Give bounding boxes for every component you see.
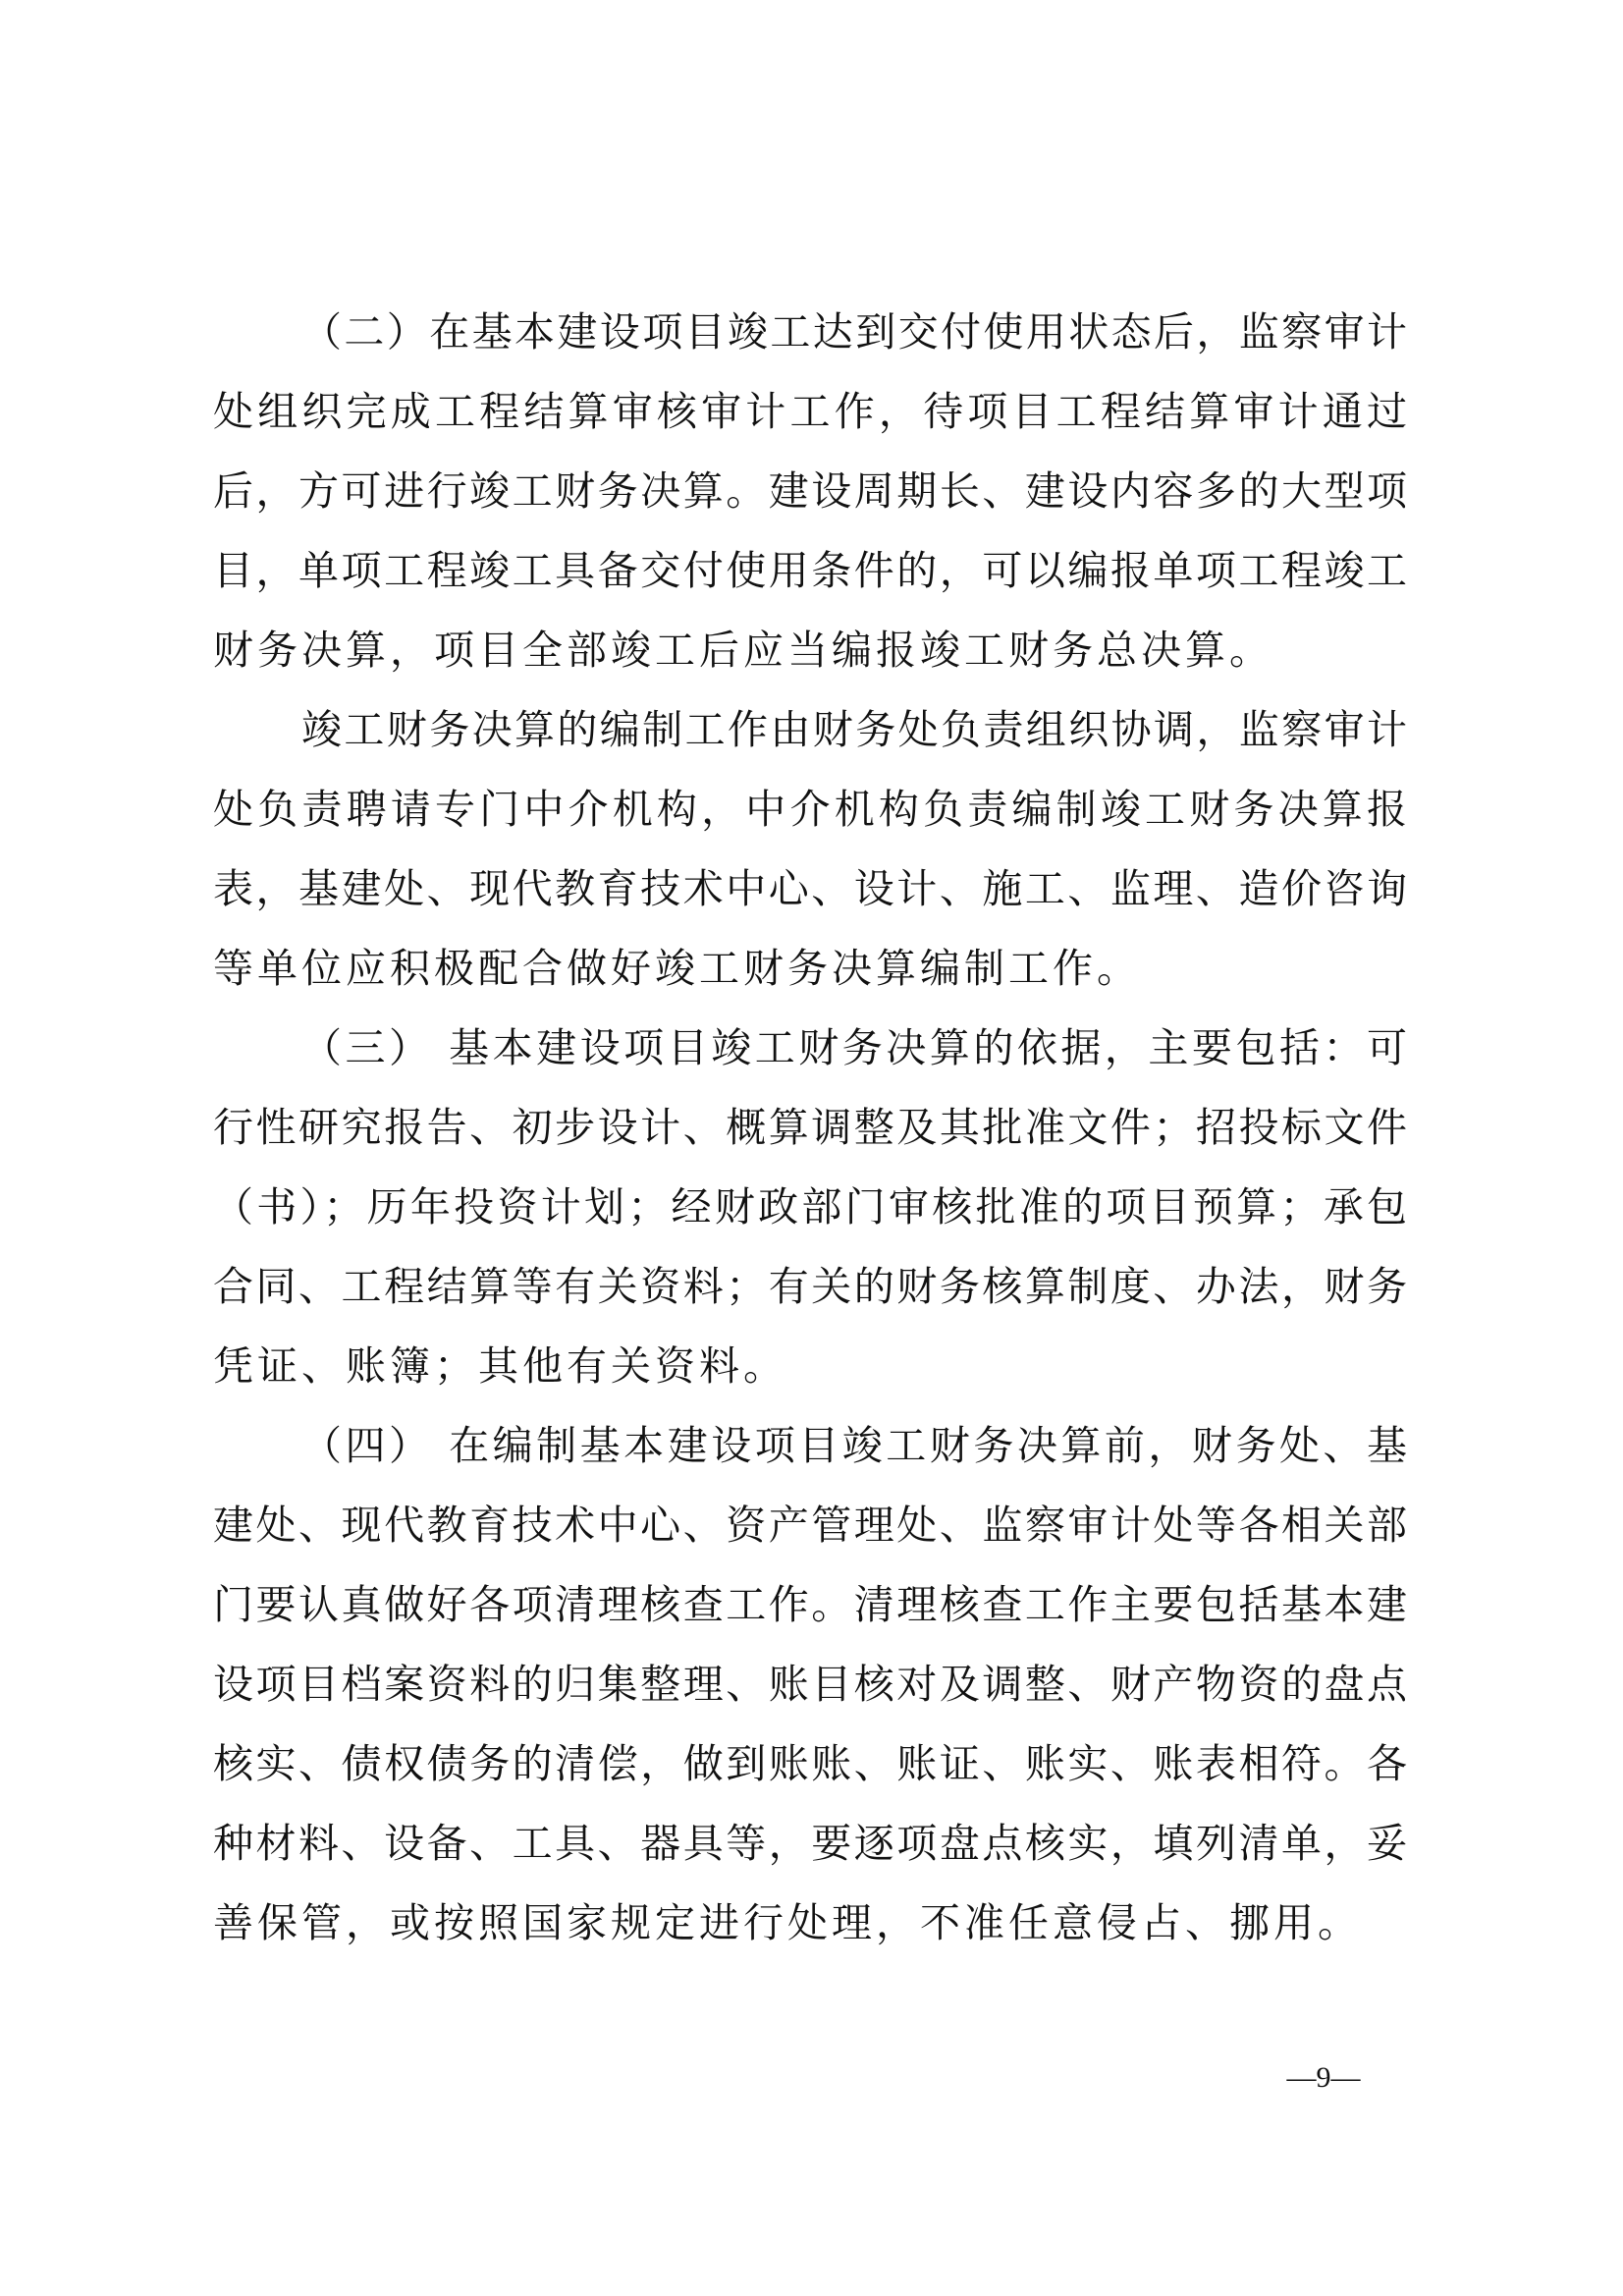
text-line: 处组织完成工程结算审核审计工作，待项目工程结算审计通过 xyxy=(213,372,1407,452)
document-page: （二）在基本建设项目竣工达到交付使用状态后，监察审计 处组织完成工程结算审核审计… xyxy=(0,0,1623,2296)
paragraph-2-compilation-responsibility: 竣工财务决算的编制工作由财务处负责组织协调，监察审计 处负责聘请专门中介机构，中… xyxy=(213,690,1407,1009)
text-line: 核实、债权债务的清偿，做到账账、账证、账实、账表相符。各 xyxy=(213,1724,1407,1804)
text-line: 建处、现代教育技术中心、资产管理处、监察审计处等各相关部 xyxy=(213,1486,1407,1565)
text-line: 后，方可进行竣工财务决算。建设周期长、建设内容多的大型项 xyxy=(213,452,1407,531)
text-line: 设项目档案资料的归集整理、账目核对及调整、财产物资的盘点 xyxy=(213,1645,1407,1724)
text-line: 行性研究报告、初步设计、概算调整及其批准文件；招投标文件 xyxy=(213,1088,1407,1168)
text-line: 表，基建处、现代教育技术中心、设计、施工、监理、造价咨询 xyxy=(213,849,1407,929)
text-line: 等单位应积极配合做好竣工财务决算编制工作。 xyxy=(213,929,1407,1009)
page-number: —9— xyxy=(1272,2058,1375,2098)
paragraph-2-settlement-audit: （二）在基本建设项目竣工达到交付使用状态后，监察审计 处组织完成工程结算审核审计… xyxy=(213,293,1407,690)
text-line: （二）在基本建设项目竣工达到交付使用状态后，监察审计 xyxy=(213,293,1407,372)
text-line: 处负责聘请专门中介机构，中介机构负责编制竣工财务决算报 xyxy=(213,770,1407,849)
text-line: 凭证、账簿；其他有关资料。 xyxy=(213,1327,1407,1406)
paragraph-4-inventory-check: （四） 在编制基本建设项目竣工财务决算前，财务处、基 建处、现代教育技术中心、资… xyxy=(213,1406,1407,1963)
paragraph-3-basis: （三） 基本建设项目竣工财务决算的依据，主要包括：可 行性研究报告、初步设计、概… xyxy=(213,1009,1407,1406)
text-line: 目，单项工程竣工具备交付使用条件的，可以编报单项工程竣工 xyxy=(213,531,1407,611)
text-line: （书）；历年投资计划；经财政部门审核批准的项目预算；承包 xyxy=(213,1168,1407,1247)
text-line: 合同、工程结算等有关资料；有关的财务核算制度、办法，财务 xyxy=(213,1247,1407,1327)
text-line: 财务决算，项目全部竣工后应当编报竣工财务总决算。 xyxy=(213,611,1407,690)
text-line: 门要认真做好各项清理核查工作。清理核查工作主要包括基本建 xyxy=(213,1565,1407,1645)
text-line: （四） 在编制基本建设项目竣工财务决算前，财务处、基 xyxy=(213,1406,1407,1486)
text-line: 种材料、设备、工具、器具等，要逐项盘点核实，填列清单，妥 xyxy=(213,1804,1407,1884)
text-line: （三） 基本建设项目竣工财务决算的依据，主要包括：可 xyxy=(213,1009,1407,1088)
text-line: 竣工财务决算的编制工作由财务处负责组织协调，监察审计 xyxy=(213,690,1407,770)
text-line: 善保管，或按照国家规定进行处理，不准任意侵占、挪用。 xyxy=(213,1884,1407,1963)
document-body: （二）在基本建设项目竣工达到交付使用状态后，监察审计 处组织完成工程结算审核审计… xyxy=(213,293,1407,1963)
